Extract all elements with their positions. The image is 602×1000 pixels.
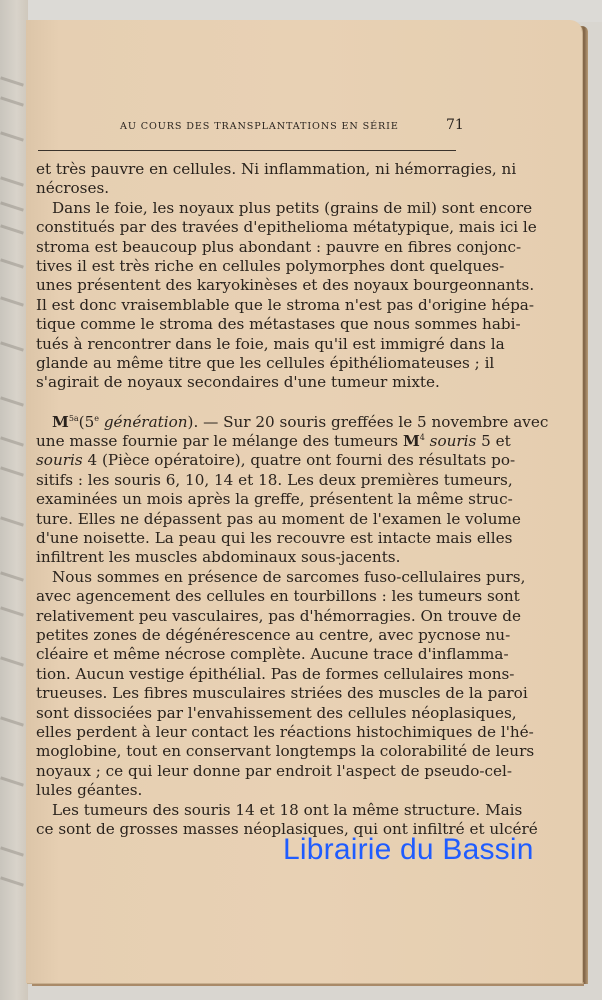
page-shadow-line	[0, 716, 24, 726]
text-line: nécroses.	[36, 179, 460, 198]
inline-symbol: M	[403, 432, 420, 450]
text-line: noyaux ; ce qui leur donne par endroit l…	[36, 762, 460, 781]
text-segment: une masse fournie par le mélange des tum…	[36, 432, 403, 450]
text-line: d'une noisette. La peau qui les recouvre…	[36, 529, 460, 548]
text-line: et très pauvre en cellules. Ni inflammat…	[36, 160, 460, 179]
page-shadow-line	[0, 396, 24, 406]
page-number: 71	[446, 117, 464, 133]
text-line: stroma est beaucoup plus abondant : pauv…	[36, 238, 460, 257]
text-line: unes présentent des karyokinèses et des …	[36, 276, 460, 295]
text-line: tives il est très riche en cellules poly…	[36, 257, 460, 276]
inline-italic: souris	[36, 451, 83, 469]
heading-sup: 5a	[69, 414, 79, 423]
page-shadow-line	[0, 296, 24, 306]
text-line: Il est donc vraisemblable que le stroma …	[36, 296, 460, 315]
text-line: constitués par des travées d'epithelioma…	[36, 218, 460, 237]
page-shadow-line	[0, 466, 24, 476]
page-shadow-line	[0, 96, 24, 106]
page-shadow-line	[0, 201, 24, 211]
text-line: tique comme le stroma des métastases que…	[36, 315, 460, 334]
facing-page-edge	[0, 0, 28, 1000]
page-shadow-line	[0, 176, 24, 186]
text-line: examinées un mois après la greffe, prése…	[36, 490, 460, 509]
section-heading-line: M5a(5e génération). — Sur 20 souris gref…	[36, 413, 460, 432]
text-line: souris 4 (Pièce opératoire), quatre ont …	[36, 451, 460, 470]
page-shadow-line	[0, 571, 24, 581]
heading-close: ). —	[188, 413, 219, 431]
page-shadow-line	[0, 606, 24, 616]
body-text: et très pauvre en cellules. Ni inflammat…	[36, 160, 460, 839]
page-shadow-line	[0, 76, 24, 86]
text-segment: 4 (Pièce opératoire), quatre ont fourni …	[83, 451, 516, 469]
background	[0, 0, 602, 22]
page-shadow-line	[0, 516, 24, 526]
text-line: sitifs : les souris 6, 10, 14 et 18. Les…	[36, 471, 460, 490]
text-line: avec agencement des cellules en tourbill…	[36, 587, 460, 606]
page-shadow-line	[0, 776, 24, 786]
page-shadow-line	[0, 131, 24, 141]
text-line: tion. Aucun vestige épithélial. Pas de f…	[36, 665, 460, 684]
text-line: relativement peu vasculaires, pas d'hémo…	[36, 607, 460, 626]
page-shadow-line	[0, 436, 24, 446]
text-line: cléaire et même nécrose complète. Aucune…	[36, 645, 460, 664]
heading-rest: Sur 20 souris greffées le 5 novembre ave…	[218, 413, 548, 431]
page-shadow-line	[0, 224, 24, 234]
text-line: lules géantes.	[36, 781, 460, 800]
text-line: tués à rencontrer dans le foie, mais qu'…	[36, 335, 460, 354]
text-line: elles perdent à leur contact les réactio…	[36, 723, 460, 742]
text-line: glande au même titre que les cellules ép…	[36, 354, 460, 373]
text-line: Nous sommes en présence de sarcomes fuso…	[36, 568, 460, 587]
heading-symbol: M	[52, 413, 69, 431]
text-line: une masse fournie par le mélange des tum…	[36, 432, 460, 451]
page-shadow-line	[0, 341, 24, 351]
text-line: moglobine, tout en conservant longtemps …	[36, 742, 460, 761]
text-line: Dans le foie, les noyaux plus petits (gr…	[36, 199, 460, 218]
watermark-text: Librairie du Bassin	[283, 833, 534, 867]
text-line: ture. Elles ne dépassent pas au moment d…	[36, 510, 460, 529]
header-rule	[38, 150, 456, 151]
text-line: trueuses. Les fibres musculaires striées…	[36, 684, 460, 703]
page-shadow-line	[0, 876, 24, 886]
text-line: Les tumeurs des souris 14 et 18 ont la m…	[36, 801, 460, 820]
text-line: sont dissociées par l'envahissement des …	[36, 704, 460, 723]
paragraph-gap	[36, 393, 460, 413]
text-line: s'agirait de noyaux secondaires d'une tu…	[36, 373, 460, 392]
inline-italic: souris	[425, 432, 476, 450]
page-shadow-line	[0, 656, 24, 666]
page-shadow-line	[0, 258, 24, 268]
page-shadow-line	[0, 846, 24, 856]
text-segment: 5 et	[476, 432, 510, 450]
heading-paren: (5	[79, 413, 95, 431]
text-line: petites zones de dégénérescence au centr…	[36, 626, 460, 645]
running-head: AU COURS DES TRANSPLANTATIONS EN SÉRIE	[120, 121, 399, 132]
text-line: infiltrent les muscles abdominaux sous-j…	[36, 548, 460, 567]
heading-italic: génération	[99, 413, 188, 431]
